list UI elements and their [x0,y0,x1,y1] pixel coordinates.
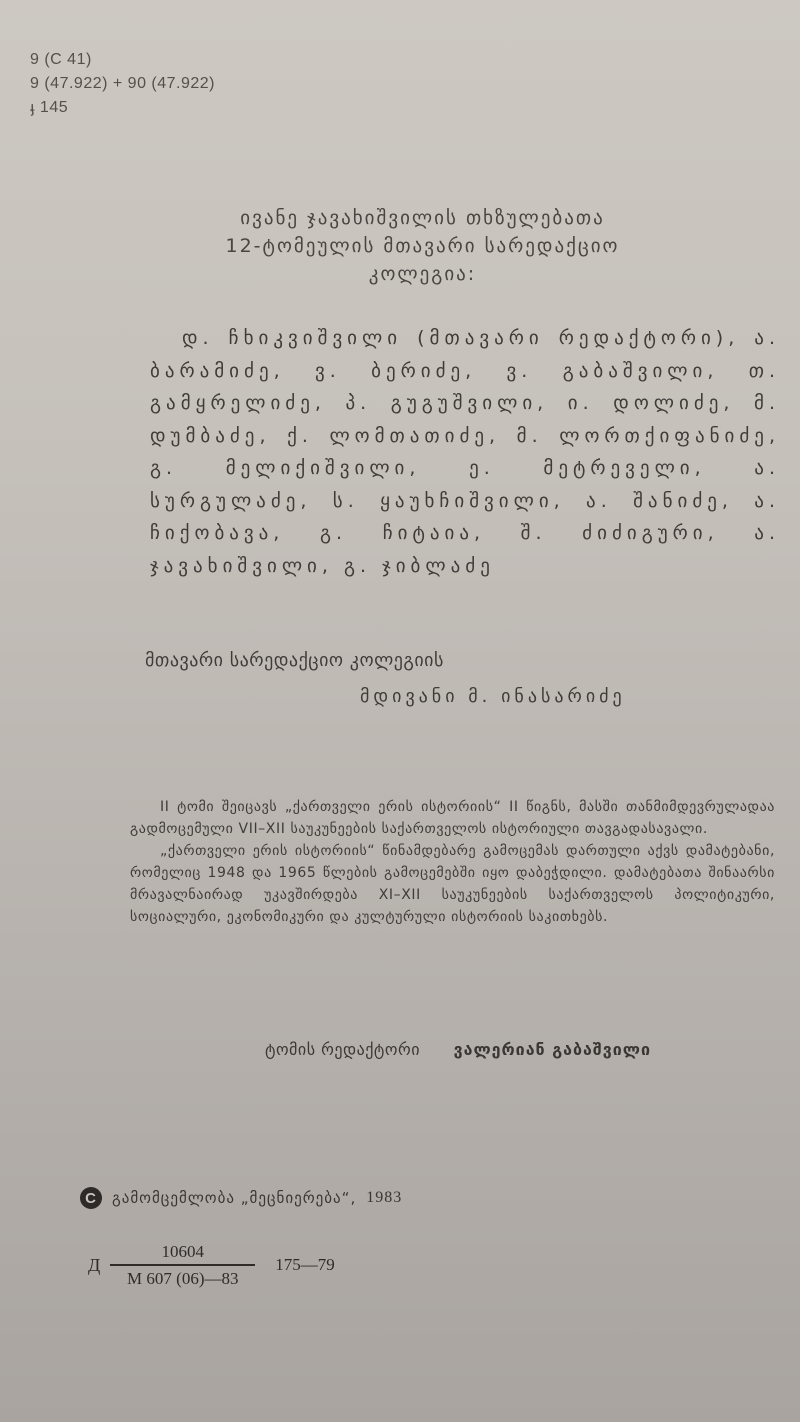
classification-line: 9 (C 41) [30,48,215,72]
editorial-board-members: დ. ჩხიკვიშვილი (მთავარი რედაქტორი), ა. ბ… [150,322,780,582]
publisher-name: გამომცემლობა „მეცნიერება“, [112,1189,356,1207]
classification-line: 9 (47.922) + 90 (47.922) [30,72,215,96]
classification-line: ֈ 145 [30,96,215,120]
print-code-letter: Д [88,1255,100,1276]
volume-editor: ტომის რედაქტორი ვალერიან გაბაშვილი [265,1040,651,1059]
board-title-line: კოლეგია: [150,260,695,288]
print-code-suffix: 175—79 [275,1255,335,1275]
print-code-denominator: М 607 (06)—83 [113,1266,253,1289]
annotation-paragraph: „ქართველი ერის ისტორიის“ წინამდებარე გამ… [130,840,775,928]
print-code-fraction: 10604 М 607 (06)—83 [110,1242,255,1289]
editorial-board-title: ივანე ჯავახიშვილის თხზულებათა 12-ტომეული… [150,204,695,288]
print-code: Д 10604 М 607 (06)—83 175—79 [88,1242,335,1289]
classification-codes: 9 (C 41) 9 (47.922) + 90 (47.922) ֈ 145 [30,48,215,120]
publication-year: 1983 [366,1189,402,1207]
volume-editor-name: ვალერიან გაბაშვილი [454,1040,651,1059]
annotation: II ტომი შეიცავს „ქართველი ერის ისტორიის“… [130,796,775,928]
copyright-line: C გამომცემლობა „მეცნიერება“, 1983 [80,1187,402,1209]
volume-editor-label: ტომის რედაქტორი [265,1040,420,1059]
secretary-role: მთავარი სარედაქციო კოლეგიის [145,643,626,679]
board-title-line: ივანე ჯავახიშვილის თხზულებათა [150,204,695,232]
secretary-name: მდივანი მ. ინასარიძე [145,679,626,715]
copyright-icon: C [80,1187,102,1209]
annotation-paragraph: II ტომი შეიცავს „ქართველი ერის ისტორიის“… [130,796,775,840]
print-code-numerator: 10604 [113,1242,253,1264]
board-title-line: 12-ტომეულის მთავარი სარედაქციო [150,232,695,260]
board-secretary: მთავარი სარედაქციო კოლეგიის მდივანი მ. ი… [145,643,626,715]
